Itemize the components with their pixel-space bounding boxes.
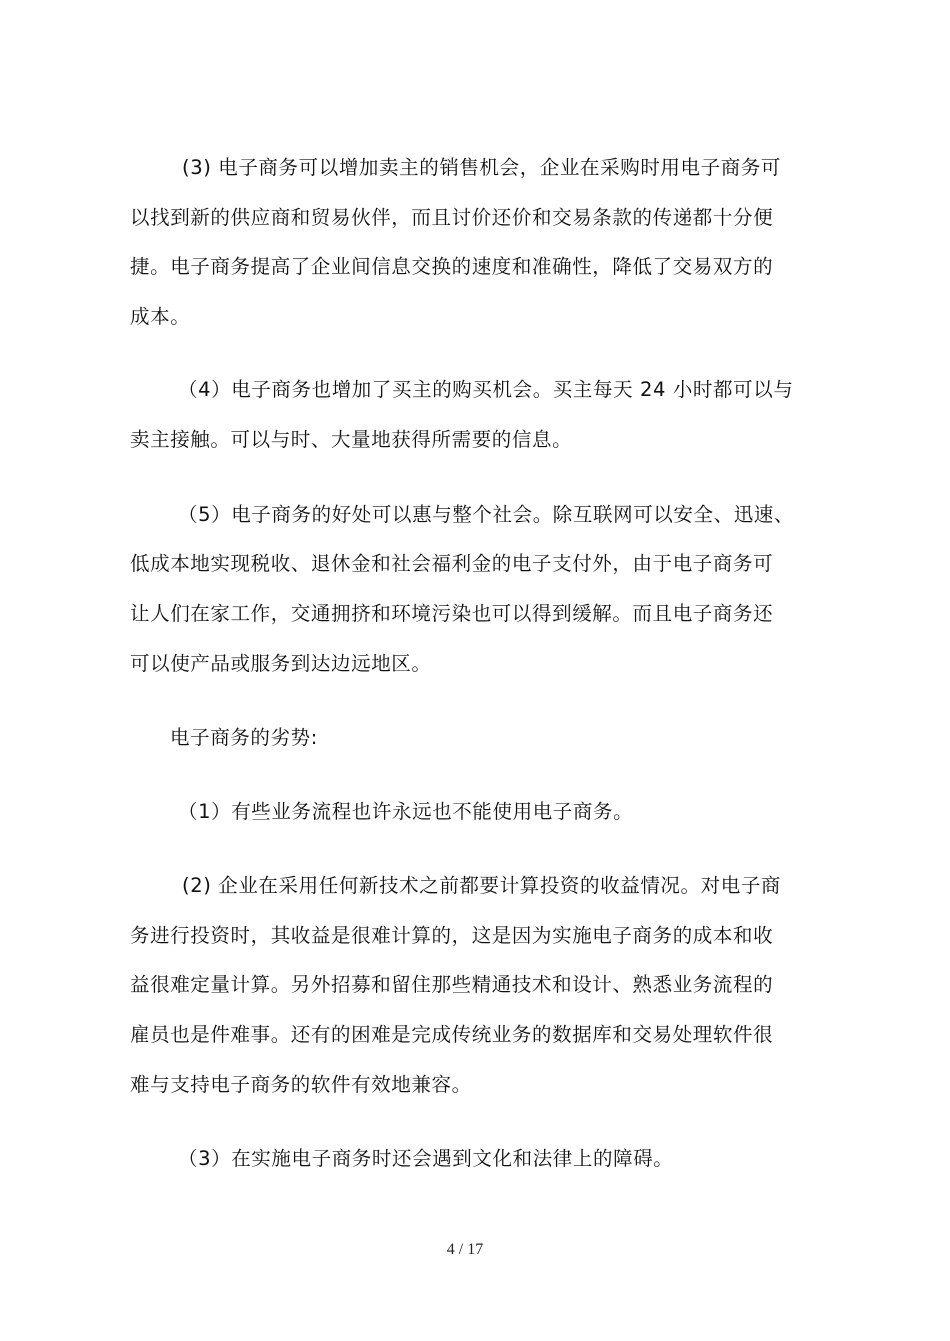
text-line: 低成本地实现税收、退休金和社会福利金的电子支付外，由于电子商务可 xyxy=(130,552,773,576)
text-line: （4）电子商务也增加了买主的购买机会。买主每天 24 小时都可以与 xyxy=(178,378,793,402)
section-heading-disadvantages: 电子商务的劣势: xyxy=(170,726,318,750)
text-line: 以找到新的供应商和贸易伙伴，而且讨价还价和交易条款的传递都十分便 xyxy=(130,206,773,230)
text-line: 可以使产品或服务到达边远地区。 xyxy=(130,652,432,676)
page-number: 4 / 17 xyxy=(0,1241,930,1259)
text-line: (2) 企业在采用任何新技术之前都要计算投资的收益情况。对电子商 xyxy=(182,874,781,898)
document-page: (3) 电子商务可以增加卖主的销售机会，企业在采购时用电子商务可 以找到新的供应… xyxy=(0,0,950,1341)
text-line: （1）有些业务流程也许永远也不能使用电子商务。 xyxy=(178,800,633,824)
text-line: 成本。 xyxy=(130,305,190,329)
text-line: 务进行投资时，其收益是很难计算的，这是因为实施电子商务的成本和收 xyxy=(130,924,773,948)
text-line: 捷。电子商务提高了企业间信息交换的速度和准确性，降低了交易双方的 xyxy=(130,255,773,279)
text-line: 雇员也是件难事。还有的困难是完成传统业务的数据库和交易处理软件很 xyxy=(130,1023,773,1047)
text-line: (3) 电子商务可以增加卖主的销售机会，企业在采购时用电子商务可 xyxy=(182,156,781,180)
text-line: 卖主接触。可以与时、大量地获得所需要的信息。 xyxy=(130,428,572,452)
text-line: 益很难定量计算。另外招募和留住那些精通技术和设计、熟悉业务流程的 xyxy=(130,973,773,997)
text-line: 难与支持电子商务的软件有效地兼容。 xyxy=(130,1073,472,1097)
text-line: 让人们在家工作，交通拥挤和环境污染也可以得到缓解。而且电子商务还 xyxy=(130,602,773,626)
text-line: （5）电子商务的好处可以惠与整个社会。除互联网可以安全、迅速、 xyxy=(178,503,794,527)
text-line: （3）在实施电子商务时还会遇到文化和法律上的障碍。 xyxy=(178,1147,673,1171)
